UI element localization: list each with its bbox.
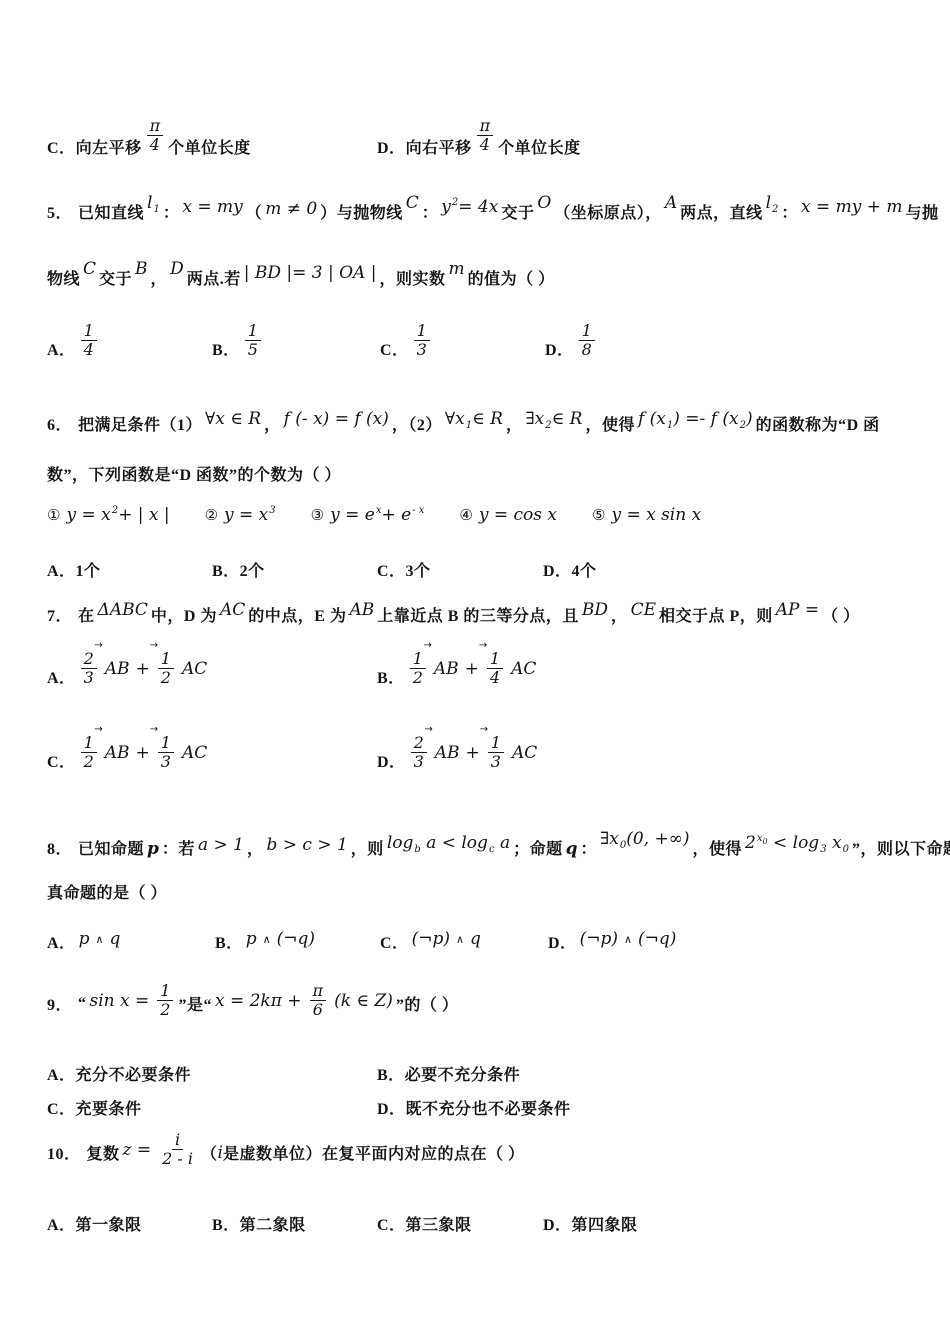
text-run: ，则以下命题为	[860, 836, 950, 859]
open-quote: “	[78, 995, 87, 1013]
vector-arrow-icon: →	[479, 640, 487, 652]
fraction-numerator: π	[147, 117, 164, 136]
fraction-denominator: 5	[245, 341, 261, 359]
fraction-denominator: 3	[158, 753, 174, 771]
q4-option-d: D． 向右平移 π4 个单位长度	[377, 120, 581, 158]
fraction-denominator: 3	[411, 753, 427, 771]
text-run: ，	[611, 603, 628, 626]
q7-option-a: A． →23 AB + →12 AC	[47, 650, 210, 688]
fraction-numerator: π	[477, 117, 494, 136]
text-run: ：	[422, 200, 439, 223]
question-number: 6．	[47, 412, 72, 435]
subscript: 1	[466, 420, 472, 431]
text-run: 向左平移	[76, 135, 142, 158]
q7-option-c: C． →12 AB + →13 AC	[47, 734, 210, 772]
math-run: ∃x0(0, +∞)	[600, 829, 689, 849]
question-number: 5．	[47, 200, 72, 223]
logical-and: ∧	[95, 933, 103, 946]
fraction-denominator: 3	[414, 341, 430, 359]
q8-stem-line2: 真命题的是（ ）	[47, 880, 167, 903]
math-text: x	[832, 833, 842, 853]
list-item: ②y = x3	[205, 505, 279, 525]
math-run: AC	[220, 600, 245, 620]
option-text: D．4个	[543, 558, 597, 581]
text-run: （	[201, 1141, 218, 1164]
option-text: B．必要不充分条件	[377, 1062, 520, 1085]
text-run: ，	[151, 266, 168, 289]
fraction: 14	[81, 322, 97, 360]
subscript: 1	[153, 204, 159, 215]
math-text: ∀x	[445, 409, 465, 429]
option-text: A．1个	[47, 558, 101, 581]
text-run: ，	[264, 412, 281, 435]
option-text: C．充要条件	[47, 1096, 142, 1119]
math-text: ∃x	[600, 829, 619, 849]
subscript: 3	[820, 844, 826, 855]
text-run: 把满足条件（1）	[78, 412, 202, 435]
option-label: C．	[380, 337, 409, 360]
math-text: a	[500, 833, 510, 853]
math-run: l1	[147, 193, 160, 213]
text-run: ，则	[351, 836, 384, 859]
math-text: + e	[381, 505, 411, 525]
text-run: 相交于点 P，则	[659, 603, 773, 626]
math-run: y = x3	[224, 505, 276, 525]
text-run: ：	[163, 200, 180, 223]
vector-ac: AC	[182, 743, 207, 763]
fraction-denominator: 4	[81, 341, 97, 359]
math-run: x = 2kπ +	[215, 991, 302, 1011]
vector-ab: AB	[105, 743, 130, 763]
math-run: y = cos x	[479, 505, 557, 525]
text-run: 中，D 为	[151, 603, 217, 626]
text-run: 交于	[99, 266, 132, 289]
q9-option-d: D．既不充分也不必要条件	[377, 1096, 571, 1119]
logical-and: ∧	[263, 933, 271, 946]
math-text: + | x |	[118, 505, 170, 525]
fraction-numerator: →1	[410, 650, 426, 669]
math-text: ∈ R	[472, 409, 503, 429]
option-text: D．既不充分也不必要条件	[377, 1096, 571, 1119]
fraction-denominator: 2	[410, 669, 426, 687]
subscript: 0	[620, 840, 626, 851]
text-run: ”	[852, 841, 861, 859]
math-text: y = x	[66, 505, 110, 525]
q9-stem: 9． “ sin x = 12 ”是“ x = 2kπ + π6 (k ∈ Z)…	[47, 985, 458, 1023]
q6-stem-line1: 6． 把满足条件（1） ∀x ∈ R ， f (- x) = f (x) ，（2…	[47, 412, 880, 435]
q9-option-b: B．必要不充分条件	[377, 1062, 520, 1085]
subscript: 2	[545, 420, 551, 431]
q5-stem-line2: 物线 C 交于 B ， D 两点.若 | BD |= 3 | OA | ，则实数…	[47, 266, 555, 289]
math-text: 2	[414, 733, 424, 752]
fraction-numerator: 1	[579, 322, 595, 341]
q6-stem-line2: 数”，下列函数是“D 函数”的个数为（ ）	[47, 462, 341, 485]
question-number: 10．	[47, 1141, 81, 1164]
math-run: a > 1	[198, 835, 244, 855]
option-text: B．2个	[212, 558, 265, 581]
vector-fraction: →23	[81, 650, 97, 688]
math-run: l2	[766, 193, 779, 213]
text-run: ；命题	[513, 836, 563, 859]
q8-option-c: C． (¬p) ∧ q	[380, 930, 484, 953]
q6-option-c: C．3个	[377, 558, 431, 581]
option-label: A．	[47, 930, 76, 953]
fraction-numerator: 1	[81, 322, 97, 341]
math-text: f (x	[638, 409, 666, 429]
text-run: 物线	[47, 266, 80, 289]
option-text: A．充分不必要条件	[47, 1062, 191, 1085]
fraction-numerator: i	[172, 1131, 183, 1150]
question-number: 8．	[47, 836, 72, 859]
q5-option-a: A． 14	[47, 322, 102, 360]
vector-arrow-icon: →	[150, 724, 158, 736]
math-run: B	[135, 259, 148, 279]
superscript: 2	[452, 197, 458, 208]
fraction-numerator: →2	[81, 650, 97, 669]
q8-option-d: D． (¬p) ∧ (¬q)	[548, 930, 679, 953]
superscript: x0	[757, 833, 768, 844]
subscript: 2	[740, 420, 746, 431]
math-run: p	[246, 929, 257, 949]
text-run: ，	[506, 412, 523, 435]
q8-option-b: B． p ∧ (¬q)	[215, 930, 318, 953]
vector-fraction: →12	[410, 650, 426, 688]
superscript: x	[376, 505, 382, 516]
vector-fraction: →13	[158, 734, 174, 772]
text-run: 是虚数单位）在复平面内对应的点在（ ）	[223, 1141, 525, 1164]
math-run: D	[170, 259, 184, 279]
math-text: ∈ R	[552, 409, 583, 429]
math-text: )	[746, 409, 753, 429]
text-run: 两点，直线	[680, 200, 763, 223]
math-run: ∃x2∈ R	[525, 409, 582, 429]
option-label: D．	[548, 930, 577, 953]
math-run: A	[665, 193, 677, 213]
math-text: 1	[161, 733, 171, 752]
option-label: B．	[212, 337, 240, 360]
math-text: = 4x	[458, 197, 498, 217]
math-text: y	[441, 197, 451, 217]
fraction: 15	[245, 322, 261, 360]
fraction-numerator: 1	[414, 322, 430, 341]
plus-sign: +	[136, 659, 150, 679]
fraction: 18	[579, 322, 595, 360]
math-run: | BD |= 3 | OA |	[244, 263, 377, 283]
math-text: y = x	[224, 505, 268, 525]
math-run: b > c > 1	[266, 835, 347, 855]
fraction-denominator: 6	[310, 1001, 326, 1019]
q6-option-b: B．2个	[212, 558, 265, 581]
q5-option-c: C． 13	[380, 322, 435, 360]
q10-stem: 10． 复数 z = i2 - i （ i 是虚数单位）在复平面内对应的点在（ …	[47, 1134, 524, 1172]
vector-arrow-icon: →	[423, 640, 431, 652]
math-run: q	[566, 839, 578, 859]
math-text: 1	[161, 649, 171, 668]
fraction-denominator: 4	[147, 136, 163, 154]
q8-option-a: A． p ∧ q	[47, 930, 123, 953]
fraction-denominator: 2 - i	[159, 1150, 196, 1168]
math-run: (k ∈ Z)	[334, 991, 393, 1011]
math-text: l	[147, 193, 152, 213]
option-label: C．	[47, 135, 76, 158]
math-text: y = e	[330, 505, 375, 525]
option-label: B．	[215, 930, 243, 953]
vector-arrow-icon: →	[94, 640, 102, 652]
fraction: 12	[157, 982, 173, 1020]
text-run: ，则实数	[379, 266, 445, 289]
math-text: 1	[491, 733, 501, 752]
circled-number: ②	[205, 506, 218, 524]
vector-ab: AB	[434, 659, 459, 679]
q10-option-a: A．第一象限	[47, 1212, 142, 1235]
vector-ab: AB	[435, 743, 460, 763]
logical-and: ∧	[456, 933, 464, 946]
plus-sign: +	[136, 743, 150, 763]
option-label: D．	[377, 135, 406, 158]
math-run: AB	[349, 600, 374, 620]
math-run: m ≠ 0	[265, 199, 317, 219]
option-label: D．	[377, 749, 406, 772]
text-run: （ ）	[822, 603, 860, 626]
q5-stem-line1: 5． 已知直线 l1 ： x = my （ m ≠ 0 ）与抛物线 C ： y2…	[47, 200, 939, 223]
q5-option-d: D． 18	[545, 322, 600, 360]
fraction-denominator: 2	[158, 669, 174, 687]
math-run: (¬p)	[580, 929, 618, 949]
circled-number: ⑤	[592, 506, 605, 524]
text-run: 已知命题	[78, 836, 144, 859]
vector-arrow-icon: →	[150, 640, 158, 652]
q6-function-list: ①y = x2+ | x | ②y = x3 ③y = ex+ e- x ④y …	[47, 505, 736, 525]
math-run: y = ex+ e- x	[330, 505, 424, 525]
fraction-numerator: 1	[157, 982, 173, 1001]
option-text: C．第三象限	[377, 1212, 472, 1235]
math-text: < log	[773, 833, 819, 853]
option-label: D．	[545, 337, 574, 360]
text-run: 在	[78, 603, 95, 626]
vector-fraction: →23	[411, 734, 427, 772]
math-run: C	[406, 193, 419, 213]
q4-option-c: C． 向左平移 π4 个单位长度	[47, 120, 251, 158]
math-run: AP =	[776, 600, 819, 620]
fraction-denominator: 2	[81, 753, 97, 771]
text-run: （坐标原点），	[554, 200, 662, 223]
option-text: B．第二象限	[212, 1212, 306, 1235]
math-text: 2	[745, 833, 756, 853]
q7-stem: 7． 在 ΔABC 中，D 为 AC 的中点，E 为 AB 上靠近点 B 的三等…	[47, 603, 860, 626]
text-run: 两点.若	[187, 266, 241, 289]
math-text: 1	[490, 649, 500, 668]
text-run: ：	[581, 836, 598, 859]
vector-arrow-icon: →	[94, 724, 102, 736]
list-item: ④y = cos x	[459, 505, 560, 525]
option-text: A．第一象限	[47, 1212, 142, 1235]
fraction-numerator: →1	[158, 650, 174, 669]
math-run: (¬q)	[638, 929, 676, 949]
math-run: (¬q)	[277, 929, 315, 949]
fraction-denominator: 4	[477, 136, 493, 154]
subscript: 1	[667, 420, 673, 431]
fraction-numerator: →1	[81, 734, 97, 753]
text-run: ）与抛物线	[320, 200, 403, 223]
option-label: C．	[47, 749, 76, 772]
exam-page: C． 向左平移 π4 个单位长度 D． 向右平移 π4 个单位长度 5． 已知直…	[0, 0, 950, 1344]
math-run: ∀x ∈ R	[205, 409, 261, 429]
superscript: 3	[269, 505, 275, 516]
option-text: D．第四象限	[543, 1212, 638, 1235]
math-text: 1	[84, 733, 94, 752]
circled-number: ③	[311, 506, 324, 524]
fraction-numerator: π	[310, 982, 327, 1001]
text-run: 复数	[87, 1141, 120, 1164]
vector-ac: AC	[182, 659, 207, 679]
option-text: C．3个	[377, 558, 431, 581]
subscript: 0	[843, 844, 849, 855]
fraction: π6	[310, 982, 327, 1020]
text-run: 的中点，E 为	[248, 603, 346, 626]
math-run: f (x1) =- f (x2)	[638, 409, 753, 429]
list-item: ⑤y = x sin x	[592, 505, 704, 525]
fraction-numerator: →2	[411, 734, 427, 753]
circled-number: ①	[47, 506, 60, 524]
text-run: ”的（ ）	[396, 992, 459, 1015]
math-run: p	[147, 839, 159, 859]
text-run: 数”，下列函数是“D 函数”的个数为（ ）	[47, 462, 341, 485]
math-run: p	[79, 929, 90, 949]
fraction-denominator: 3	[81, 669, 97, 687]
q8-stem-line1: 8． 已知命题 p ：若 a > 1 ， b > c > 1 ，则 logb a…	[47, 836, 950, 859]
q9-option-a: A．充分不必要条件	[47, 1062, 191, 1085]
math-run: BD	[582, 600, 608, 620]
vector-fraction: →14	[487, 650, 503, 688]
plus-sign: +	[465, 659, 479, 679]
vector-arrow-icon: →	[480, 724, 488, 736]
vector-ac: AC	[511, 659, 536, 679]
subscript: b	[414, 844, 420, 855]
subscript: 0	[762, 837, 767, 846]
option-label: A．	[47, 337, 76, 360]
text-run: ：若	[162, 836, 195, 859]
q6-option-a: A．1个	[47, 558, 101, 581]
math-text: log	[387, 833, 414, 853]
plus-sign: +	[466, 743, 480, 763]
math-text: 2	[84, 649, 94, 668]
option-label: B．	[377, 665, 405, 688]
math-run: sin x =	[90, 991, 150, 1011]
math-run: x = my	[182, 197, 242, 217]
math-text: l	[766, 193, 771, 213]
text-run: 个单位长度	[498, 135, 581, 158]
math-run: q	[470, 929, 481, 949]
math-text: (0, +∞)	[626, 829, 689, 849]
math-run: ∀x1∈ R	[445, 409, 503, 429]
fraction-numerator: →1	[488, 734, 504, 753]
math-run: (¬p)	[412, 929, 450, 949]
fraction: i2 - i	[159, 1131, 196, 1169]
vector-fraction: →12	[158, 650, 174, 688]
q10-option-d: D．第四象限	[543, 1212, 638, 1235]
text-run: 交于	[501, 200, 534, 223]
text-run: ，	[247, 836, 264, 859]
text-run: 向右平移	[406, 135, 472, 158]
vector-fraction: →12	[81, 734, 97, 772]
fraction: π4	[477, 117, 494, 155]
vector-arrow-icon: →	[424, 724, 432, 736]
text-run: 与抛	[905, 200, 938, 223]
q9-option-c: C．充要条件	[47, 1096, 142, 1119]
math-run: x = my + m	[801, 197, 903, 217]
fraction-numerator: 1	[245, 322, 261, 341]
fraction-denominator: 4	[487, 669, 503, 687]
text-run: ”是“	[178, 992, 212, 1015]
math-run: y = x sin x	[611, 505, 701, 525]
text-run: 已知直线	[78, 200, 144, 223]
math-run: 2x0 < log3 x0	[745, 833, 849, 853]
question-number: 7．	[47, 603, 72, 626]
math-run: q	[110, 929, 121, 949]
text-run: （	[246, 200, 263, 223]
q6-option-d: D．4个	[543, 558, 597, 581]
vector-ab: AB	[105, 659, 130, 679]
vector-fraction: →13	[488, 734, 504, 772]
fraction-denominator: 2	[157, 1001, 173, 1019]
text-run: ：	[781, 200, 798, 223]
subscript: c	[489, 844, 495, 855]
math-text: ∃x	[525, 409, 544, 429]
fraction-denominator: 3	[488, 753, 504, 771]
text-run: 的函数称为“D 函	[756, 412, 880, 435]
math-run: logb a < logc a	[387, 833, 510, 853]
q10-option-c: C．第三象限	[377, 1212, 472, 1235]
math-run: f (- x) = f (x)	[284, 409, 389, 429]
option-label: C．	[380, 930, 409, 953]
fraction-numerator: →1	[158, 734, 174, 753]
math-text: a < log	[426, 833, 488, 853]
fraction: π4	[147, 117, 164, 155]
q5-option-b: B． 15	[212, 322, 266, 360]
fraction-denominator: 8	[579, 341, 595, 359]
text-run: 上靠近点 B 的三等分点，且	[377, 603, 579, 626]
math-run: C	[83, 259, 96, 279]
text-run: ，使得	[693, 836, 743, 859]
list-item: ①y = x2+ | x |	[47, 505, 173, 525]
math-run: CE	[631, 600, 656, 620]
text-run: ，（2）	[392, 412, 442, 435]
math-run: z =	[123, 1140, 152, 1160]
q7-option-d: D． →23 AB + →13 AC	[377, 734, 540, 772]
text-run: 真命题的是（ ）	[47, 880, 167, 903]
math-run: y2= 4x	[441, 197, 498, 217]
superscript: - x	[412, 505, 424, 516]
option-label: A．	[47, 665, 76, 688]
text-run: 的值为（ ）	[468, 266, 555, 289]
math-text: ) =- f (x	[673, 409, 738, 429]
question-number: 9．	[47, 992, 72, 1015]
q10-option-b: B．第二象限	[212, 1212, 306, 1235]
logical-and: ∧	[624, 933, 632, 946]
circled-number: ④	[459, 506, 472, 524]
fraction-numerator: →1	[487, 650, 503, 669]
text-run: ，使得	[585, 412, 635, 435]
text-run: 个单位长度	[168, 135, 251, 158]
list-item: ③y = ex+ e- x	[311, 505, 428, 525]
vector-ac: AC	[512, 743, 537, 763]
subscript: 2	[772, 204, 778, 215]
math-run: O	[537, 193, 551, 213]
q7-option-b: B． →12 AB + →14 AC	[377, 650, 539, 688]
math-run: ΔABC	[98, 600, 148, 620]
math-run: m	[448, 259, 464, 279]
math-text: 1	[413, 649, 423, 668]
